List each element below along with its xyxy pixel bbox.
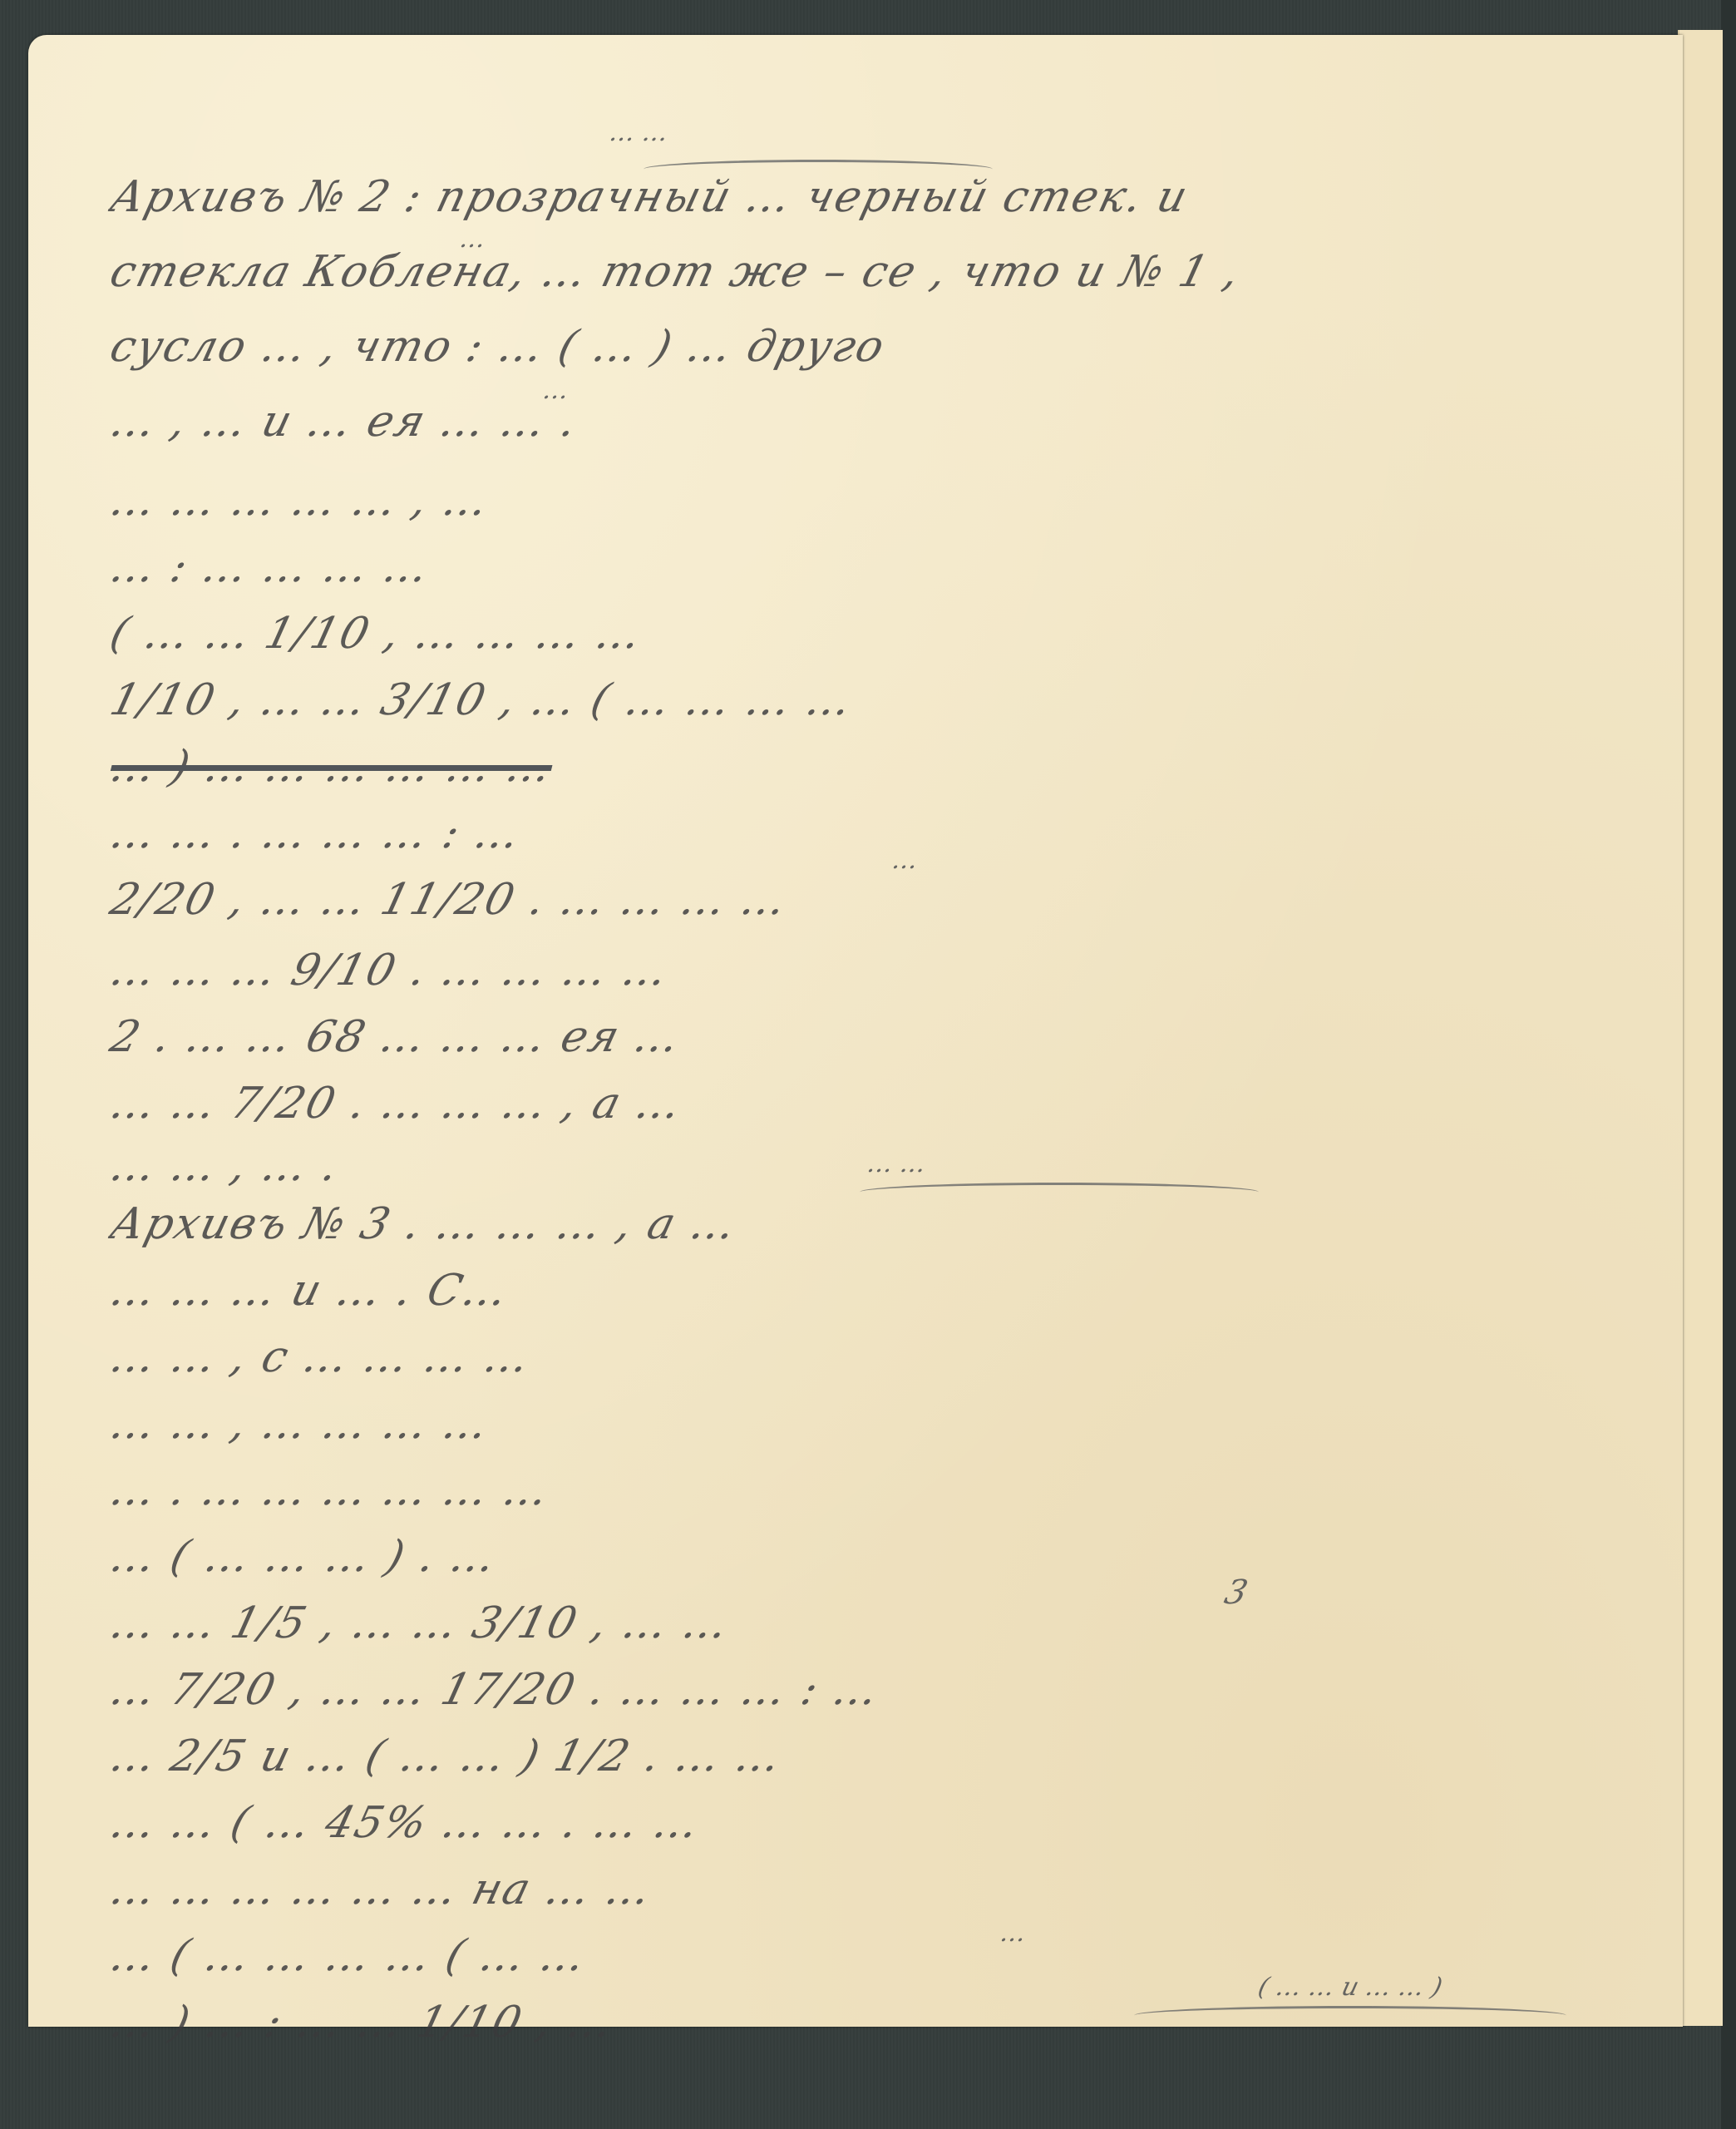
manuscript-line-11: 2/20 , … … 11/20 . … … … …	[103, 875, 1639, 933]
manuscript-page: … … Архивъ № 2 : прозрачный … черный сте…	[28, 35, 1683, 2027]
manuscript-line-24: … 2/5 и … ( … … ) 1/2 . … …	[103, 1731, 1639, 1790]
manuscript-line-1: Архивъ № 2 : прозрачный … черный стек. и	[103, 172, 1639, 230]
manuscript-line-16: Архивъ № 3 . … … … , а …	[103, 1199, 1639, 1257]
line-text: 1/10 , … … 3/10 , … ( … … … …	[105, 675, 858, 725]
manuscript-line-19: … … , … … … …	[103, 1399, 1639, 1457]
manuscript-line-7: ( … … 1/10 , … … … …	[103, 609, 1639, 667]
manuscript-line-25: … … ( … 45% … … . … …	[103, 1798, 1639, 1856]
manuscript-line-26: … … … … … … на … …	[103, 1865, 1639, 1923]
manuscript-line-12: … … … 9/10 . … … … …	[103, 946, 1639, 1004]
manuscript-line-9-struck: … ) … … … … … …	[103, 742, 1639, 800]
manuscript-line-23: … 7/20 , … … 17/20 . … … … : …	[103, 1665, 1639, 1723]
binding-gap	[1721, 0, 1736, 2129]
manuscript-line-3: сусло … , что : … ( … ) … друго	[103, 322, 1639, 380]
manuscript-line-10: … … . … … … : …	[103, 808, 1639, 867]
manuscript-line-5: … … … … … , …	[103, 476, 1639, 534]
manuscript-line-13: 2 . … … 68 … … … ея …	[103, 1012, 1639, 1070]
struck-text: … ) … … … … … …	[105, 742, 558, 792]
adjacent-page-edge	[1678, 30, 1723, 2026]
manuscript-line-28: … ) … : … … 1/10 , …	[103, 1998, 1639, 2056]
manuscript-line-22: … … 1/5 , … … 3/10 , … …	[103, 1598, 1639, 1657]
interlinear-note: … …	[865, 1149, 930, 1178]
manuscript-line-18: … … , с … … … …	[103, 1332, 1639, 1391]
manuscript-line-2: стекла Коблена, … тот же – се , что и № …	[103, 247, 1639, 305]
manuscript-line-21: … ( … … … ) . …	[103, 1532, 1639, 1590]
manuscript-line-20: … . … … … … … …	[103, 1465, 1639, 1524]
interlinear-note: … …	[607, 118, 672, 147]
manuscript-line-17: … … … и … . С…	[103, 1266, 1639, 1324]
manuscript-line-6: … : … … … …	[103, 542, 1639, 600]
manuscript-line-4: … , … и … ея … … .	[103, 397, 1639, 455]
manuscript-line-14: … … 7/20 . … … … , а …	[103, 1079, 1639, 1137]
manuscript-line-8-partially-struck: 1/10 , … … 3/10 , … ( … … … …	[103, 675, 1639, 734]
